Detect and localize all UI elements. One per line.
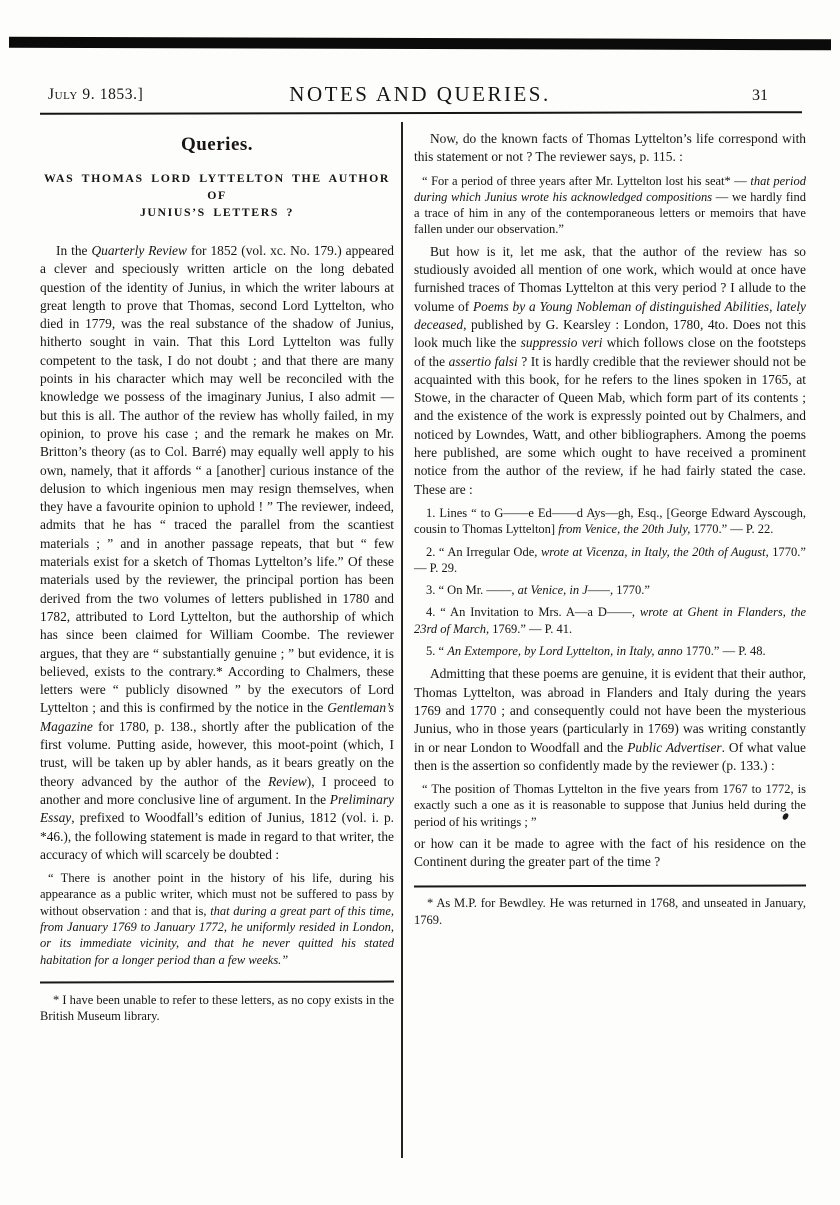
list-item: 2. “ An Irregular Ode, wrote at Vicenza,…	[414, 544, 806, 577]
right-column: Now, do the known facts of Thomas Lyttel…	[414, 124, 806, 941]
left-column: Queries. WAS THOMAS LORD LYTTELTON THE A…	[40, 124, 394, 1037]
list-item: 3. “ On Mr. ——, at Venice, in J——, 1770.…	[414, 582, 806, 598]
article-paragraph: But how is it, let me ask, that the auth…	[414, 243, 806, 499]
block-quote-reviewer-p133: “ The position of Thomas Lyttelton in th…	[414, 781, 806, 830]
masthead-title: NOTES AND QUERIES.	[0, 82, 840, 107]
poem-list: 1. Lines “ to G——e Ed——d Ays—gh, Esq., […	[414, 505, 806, 659]
article-title-line1: WAS THOMAS LORD LYTTELTON THE AUTHOR OF	[44, 171, 390, 202]
top-rule-bar	[9, 37, 831, 51]
article-paragraph: Now, do the known facts of Thomas Lyttel…	[414, 130, 806, 167]
article-paragraph: In the Quarterly Review for 1852 (vol. x…	[40, 242, 394, 864]
page-number: 31	[752, 87, 768, 105]
footnote-rule-right	[414, 884, 806, 887]
block-quote-woodfall: “ There is another point in the history …	[40, 870, 394, 968]
article-title: WAS THOMAS LORD LYTTELTON THE AUTHOR OF …	[40, 170, 394, 221]
list-item: 5. “ An Extempore, by Lord Lyttelton, in…	[414, 643, 806, 659]
header-rule	[40, 111, 802, 115]
article-title-line2: JUNIUS’S LETTERS ?	[140, 205, 294, 219]
footnote-left: * I have been unable to refer to these l…	[40, 992, 394, 1025]
block-quote-reviewer-p115: “ For a period of three years after Mr. …	[414, 173, 806, 238]
section-heading-queries: Queries.	[40, 134, 394, 156]
footnote-right: * As M.P. for Bewdley. He was returned i…	[414, 895, 806, 928]
column-divider	[401, 122, 403, 1158]
list-item: 1. Lines “ to G——e Ed——d Ays—gh, Esq., […	[414, 505, 806, 538]
list-item: 4. “ An Invitation to Mrs. A—a D——, wrot…	[414, 604, 806, 637]
article-paragraph: Admitting that these poems are genuine, …	[414, 665, 806, 775]
footnote-rule-left	[40, 980, 394, 983]
article-paragraph: or how can it be made to agree with the …	[414, 835, 806, 872]
